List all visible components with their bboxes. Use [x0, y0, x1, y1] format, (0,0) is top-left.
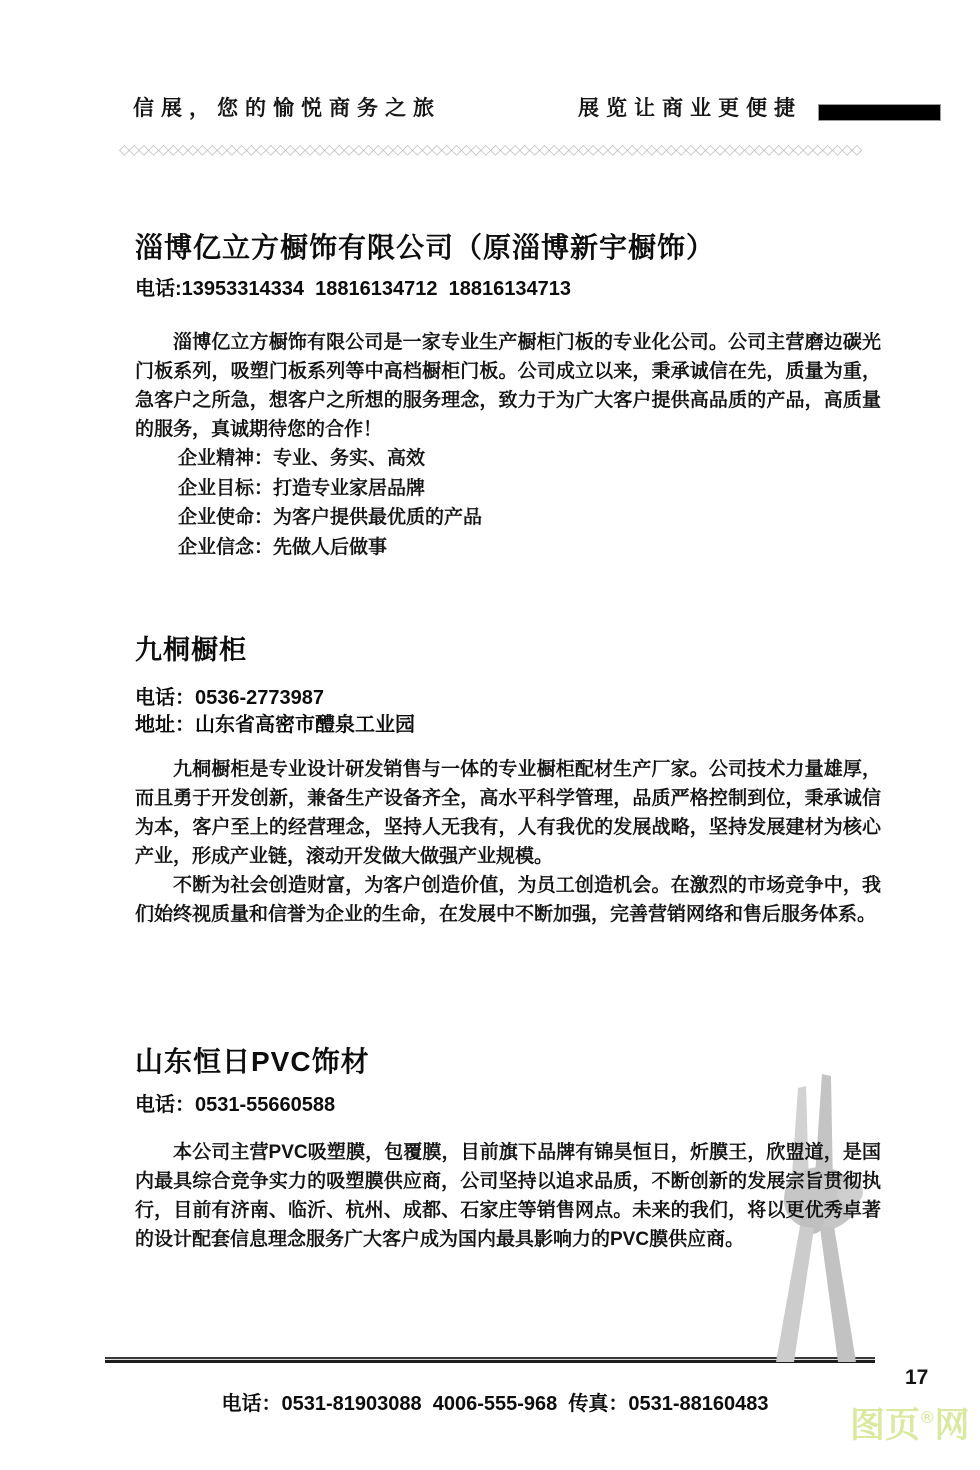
site-logo-watermark: 图页®网	[850, 1408, 970, 1443]
company-1-value-goal: 企业目标：打造专业家居品牌	[178, 474, 482, 504]
header-slogan-right: 展览让商业更便捷	[578, 92, 802, 122]
company-3-phone-line: 电话：0531-55660588	[135, 1088, 335, 1117]
company-1-name: 淄博亿立方橱饰有限公司（原淄博新宇橱饰）	[135, 226, 715, 266]
company-2-name: 九桐橱柜	[135, 628, 247, 667]
site-watermark-text-left: 图页	[850, 1406, 920, 1445]
company-1-value-spirit: 企业精神：专业、务实、高效	[178, 444, 482, 474]
page-number: 17	[905, 1366, 928, 1390]
company-1-values-list: 企业精神：专业、务实、高效 企业目标：打造专业家居品牌 企业使命：为客户提供最优…	[178, 444, 482, 562]
diamond-chain-divider: ◇◇◇◇◇◇◇◇◇◇◇◇◇◇◇◇◇◇◇◇◇◇◇◇◇◇◇◇◇◇◇◇◇◇◇◇◇◇◇◇…	[119, 141, 891, 161]
header-slogan-left: 信展，您的愉悦商务之旅	[133, 92, 441, 122]
company-2-address-line: 地址：山东省高密市醴泉工业园	[135, 708, 415, 737]
company-3-name: 山东恒日PVC饰材	[135, 1040, 370, 1080]
header-black-bar	[818, 104, 941, 121]
directory-page: 信展，您的愉悦商务之旅 展览让商业更便捷 ◇◇◇◇◇◇◇◇◇◇◇◇◇◇◇◇◇◇◇…	[0, 0, 980, 1470]
company-2-description: 九桐橱柜是专业设计研发销售与一体的专业橱柜配材生产厂家。公司技术力量雄厚，而且勇…	[135, 755, 881, 929]
company-2-paragraph-2: 不断为社会创造财富，为客户创造价值，为员工创造机会。在激烈的市场竞争中，我们始终…	[135, 871, 881, 929]
company-1-description: 淄博亿立方橱饰有限公司是一家专业生产橱柜门板的专业化公司。公司主营磨边碳光门板系…	[135, 328, 881, 444]
company-2-paragraph-1: 九桐橱柜是专业设计研发销售与一体的专业橱柜配材生产厂家。公司技术力量雄厚，而且勇…	[135, 755, 881, 871]
registered-trademark-icon: ®	[921, 1408, 934, 1427]
company-1-value-mission: 企业使命：为客户提供最优质的产品	[178, 503, 482, 533]
company-1-value-belief: 企业信念：先做人后做事	[178, 533, 482, 563]
company-1-phone-line: 电话:13953314334 18816134712 18816134713	[135, 272, 571, 301]
site-watermark-text-right: 网	[935, 1406, 970, 1445]
footer-contact-line: 电话：0531-81903088 4006-555-968 传真：0531-88…	[135, 1387, 855, 1416]
company-3-description: 本公司主营PVC吸塑膜，包覆膜，目前旗下品牌有锦昊恒日，炘膜王，欣盟道，是国内最…	[135, 1138, 881, 1254]
company-2-phone-line: 电话：0536-2773987	[135, 681, 324, 710]
